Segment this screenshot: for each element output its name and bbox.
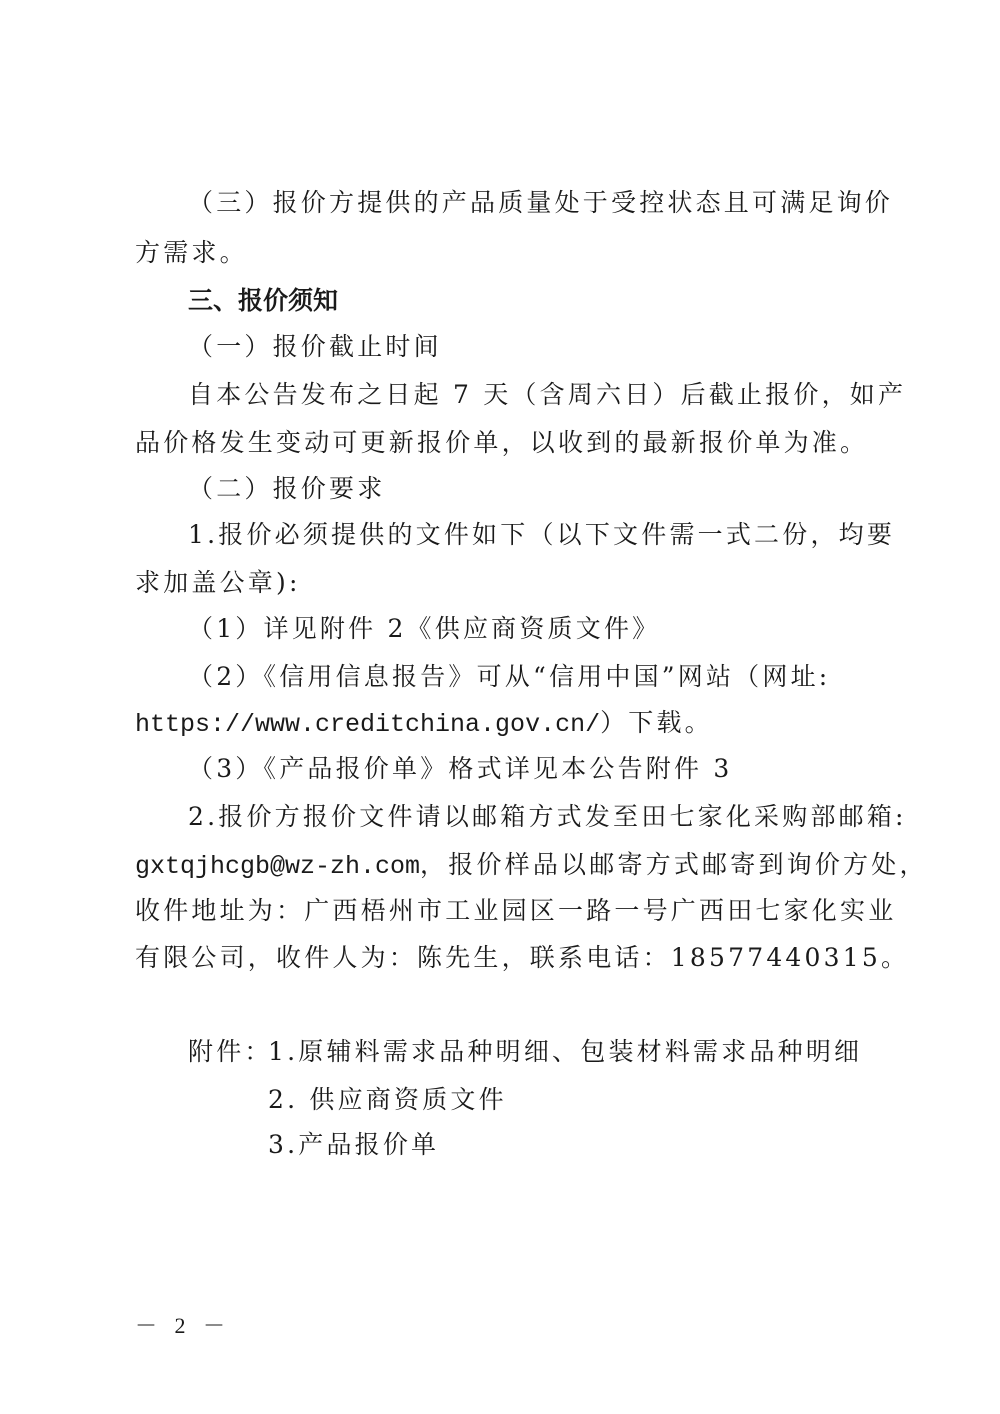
page-number: － 2 －: [135, 1313, 231, 1339]
requirement-2-line3: 收件地址为：广西梧州市工业园区一路一号广西田七家化实业: [135, 896, 865, 926]
requirement-2-line4: 有限公司，收件人为：陈先生，联系电话：18577440315。: [135, 943, 865, 973]
section-heading-quote-notice: 三、报价须知: [188, 286, 865, 316]
paragraph-quality-line1: （三）报价方提供的产品质量处于受控状态且可满足询价: [188, 188, 865, 218]
creditchina-url-link[interactable]: https://www.creditchina.gov.cn/: [135, 710, 600, 739]
requirement-1-item-2-url-line: https://www.creditchina.gov.cn/）下载。: [135, 708, 865, 740]
document-page: （三）报价方提供的产品质量处于受控状态且可满足询价 方需求。 三、报价须知 （一…: [0, 0, 1000, 1414]
attachment-item-1: 1.原辅料需求品种明细、包装材料需求品种明细: [268, 1037, 998, 1067]
paragraph-deadline-line2: 品价格发生变动可更新报价单，以收到的最新报价单为准。: [135, 428, 865, 458]
requirement-1-item-1: （1）详见附件 2《供应商资质文件》: [188, 614, 865, 644]
paragraph-deadline-line1: 自本公告发布之日起 7 天（含周六日）后截止报价，如产: [188, 380, 865, 410]
url-line-suffix: ）下载。: [600, 708, 713, 737]
paragraph-quality-line2: 方需求。: [135, 238, 865, 268]
procurement-email-link[interactable]: gxtqjhcgb@wz-zh.com: [135, 852, 420, 881]
requirement-2-line1: 2.报价方报价文件请以邮箱方式发至田七家化采购部邮箱:: [188, 802, 865, 832]
requirement-1-item-3: （3）《产品报价单》格式详见本公告附件 3: [188, 754, 865, 784]
attachment-item-2: 2. 供应商资质文件: [268, 1085, 998, 1115]
attachment-item-3: 3.产品报价单: [268, 1130, 998, 1160]
requirement-1-item-2: （2）《信用信息报告》可从“信用中国”网站（网址:: [188, 662, 865, 692]
requirement-1-line1: 1.报价必须提供的文件如下（以下文件需一式二份，均要: [188, 520, 865, 550]
requirement-1-line2: 求加盖公章):: [135, 568, 865, 598]
requirement-2-line2: gxtqjhcgb@wz-zh.com，报价样品以邮寄方式邮寄到询价方处，: [135, 850, 865, 882]
subsection-title-requirements: （二）报价要求: [188, 474, 865, 504]
requirement-2-line2-text: ，报价样品以邮寄方式邮寄到询价方处，: [420, 850, 928, 879]
subsection-title-deadline: （一）报价截止时间: [188, 332, 865, 362]
